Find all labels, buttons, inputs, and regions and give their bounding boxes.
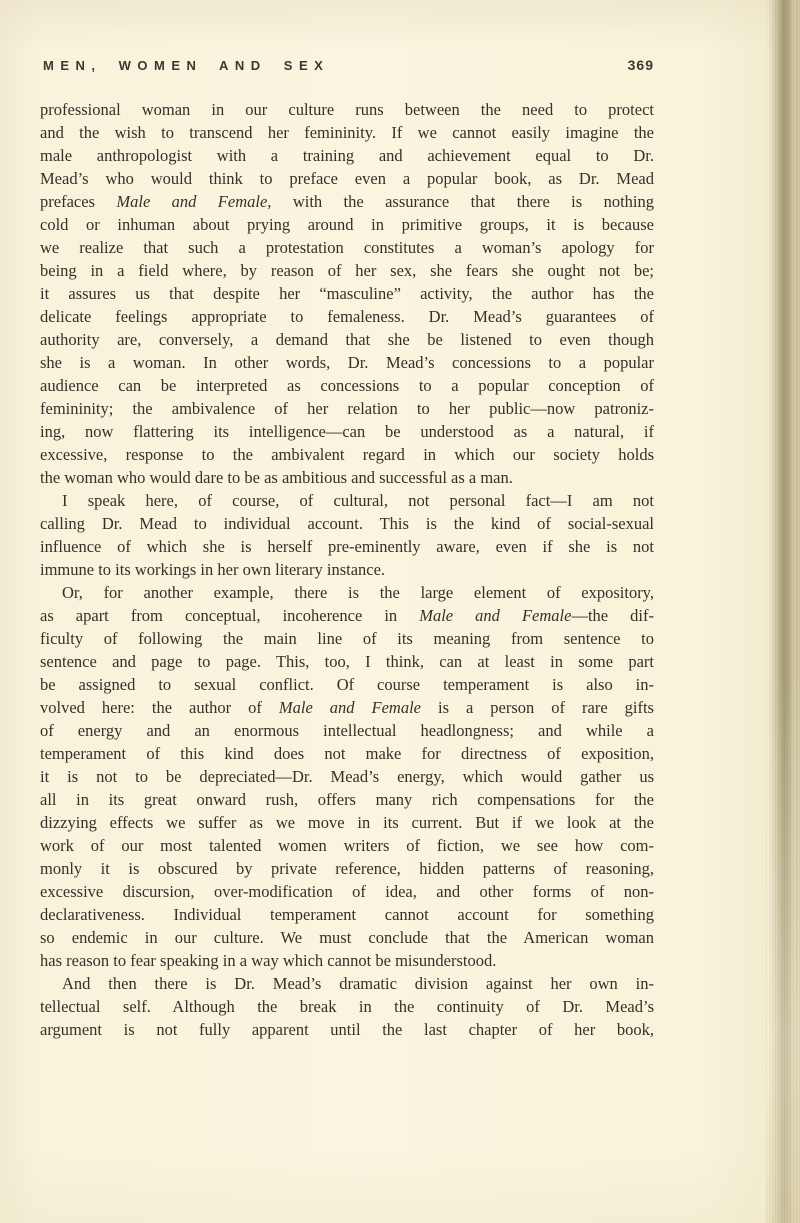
- text-segment: argument is not fully apparent until the…: [40, 1020, 654, 1039]
- text-line: she is a woman. In other words, Dr. Mead…: [40, 351, 654, 374]
- book-title-italic: Male and Female: [419, 606, 571, 625]
- text-line: delicate feelings appropriate to femalen…: [40, 305, 654, 328]
- text-line: excessive, response to the ambivalent re…: [40, 443, 654, 466]
- text-line: I speak here, of course, of cultural, no…: [40, 489, 654, 512]
- text-line: it is not to be depreciated—Dr. Mead’s e…: [40, 765, 654, 788]
- text-line: and the wish to transcend her femininity…: [40, 121, 654, 144]
- text-segment: with the assurance that there is nothing: [271, 192, 654, 211]
- text-line: of energy and an enormous intellectual h…: [40, 719, 654, 742]
- text-segment: it assures us that despite her “masculin…: [40, 284, 654, 303]
- text-segment: has reason to fear speaking in a way whi…: [40, 951, 496, 970]
- text-segment: authority are, conversely, a demand that…: [40, 330, 654, 349]
- text-segment: as apart from conceptual, incoherence in: [40, 606, 419, 625]
- text-line: dizzying effects we suffer as we move in…: [40, 811, 654, 834]
- text-line: sentence and page to page. This, too, I …: [40, 650, 654, 673]
- text-line: calling Dr. Mead to individual account. …: [40, 512, 654, 535]
- text-segment: Or, for another example, there is the la…: [62, 583, 654, 602]
- text-segment: volved here: the author of: [40, 698, 279, 717]
- text-line: audience can be interpreted as concessio…: [40, 374, 654, 397]
- text-line: excessive discursion, over-modification …: [40, 880, 654, 903]
- text-segment: declarativeness. Individual temperament …: [40, 905, 654, 924]
- running-header-title: MEN, WOMEN AND SEX: [43, 58, 329, 73]
- text-line: work of our most talented women writers …: [40, 834, 654, 857]
- text-segment: cold or inhuman about prying around in p…: [40, 215, 654, 234]
- text-line: as apart from conceptual, incoherence in…: [40, 604, 654, 627]
- text-line: Mead’s who would think to preface even a…: [40, 167, 654, 190]
- text-segment: and the wish to transcend her femininity…: [40, 123, 654, 142]
- text-segment: femininity; the ambivalence of her relat…: [40, 399, 654, 418]
- text-line: influence of which she is herself pre-em…: [40, 535, 654, 558]
- text-segment: And then there is Dr. Mead’s dramatic di…: [62, 974, 654, 993]
- text-segment: being in a field where, by reason of her…: [40, 261, 654, 280]
- text-line: Or, for another example, there is the la…: [40, 581, 654, 604]
- text-segment: male anthropologist with a training and …: [40, 146, 654, 165]
- text-segment: I speak here, of course, of cultural, no…: [62, 491, 654, 510]
- text-line: all in its great onward rush, offers man…: [40, 788, 654, 811]
- text-segment: sentence and page to page. This, too, I …: [40, 652, 654, 671]
- text-line: being in a field where, by reason of her…: [40, 259, 654, 282]
- text-line: temperament of this kind does not make f…: [40, 742, 654, 765]
- text-segment: tellectual self. Although the break in t…: [40, 997, 654, 1016]
- text-segment: all in its great onward rush, offers man…: [40, 790, 654, 809]
- text-segment: calling Dr. Mead to individual account. …: [40, 514, 654, 533]
- text-segment: it is not to be depreciated—Dr. Mead’s e…: [40, 767, 654, 786]
- text-segment: delicate feelings appropriate to femalen…: [40, 307, 654, 326]
- text-segment: monly it is obscured by private referenc…: [40, 859, 654, 878]
- text-line: the woman who would dare to be as ambiti…: [40, 466, 654, 489]
- text-line: ficulty of following the main line of it…: [40, 627, 654, 650]
- text-line: immune to its workings in her own litera…: [40, 558, 654, 581]
- text-line: argument is not fully apparent until the…: [40, 1018, 654, 1041]
- text-segment: excessive, response to the ambivalent re…: [40, 445, 654, 464]
- text-segment: ing, now flattering its intelligence—can…: [40, 422, 654, 441]
- text-segment: Mead’s who would think to preface even a…: [40, 169, 654, 188]
- text-segment: ficulty of following the main line of it…: [40, 629, 654, 648]
- text-line: it assures us that despite her “masculin…: [40, 282, 654, 305]
- text-segment: influence of which she is herself pre-em…: [40, 537, 654, 556]
- text-segment: —the dif-: [571, 606, 654, 625]
- text-line: volved here: the author of Male and Fema…: [40, 696, 654, 719]
- text-line: so endemic in our culture. We must concl…: [40, 926, 654, 949]
- text-line: be assigned to sexual conflict. Of cours…: [40, 673, 654, 696]
- text-segment: we realize that such a protestation cons…: [40, 238, 654, 257]
- text-segment: of energy and an enormous intellectual h…: [40, 721, 654, 740]
- text-segment: dizzying effects we suffer as we move in…: [40, 813, 654, 832]
- book-page-edge: [766, 0, 800, 1223]
- text-segment: is a person of rare gifts: [421, 698, 654, 717]
- text-segment: be assigned to sexual conflict. Of cours…: [40, 675, 654, 694]
- text-segment: professional woman in our culture runs b…: [40, 100, 654, 119]
- book-title-italic: Male and Female: [279, 698, 421, 717]
- text-segment: work of our most talented women writers …: [40, 836, 654, 855]
- text-line: male anthropologist with a training and …: [40, 144, 654, 167]
- text-segment: the woman who would dare to be as ambiti…: [40, 468, 513, 487]
- text-line: tellectual self. Although the break in t…: [40, 995, 654, 1018]
- text-line: cold or inhuman about prying around in p…: [40, 213, 654, 236]
- text-segment: excessive discursion, over-modification …: [40, 882, 654, 901]
- text-line: authority are, conversely, a demand that…: [40, 328, 654, 351]
- text-line: has reason to fear speaking in a way whi…: [40, 949, 654, 972]
- text-line: we realize that such a protestation cons…: [40, 236, 654, 259]
- text-segment: audience can be interpreted as concessio…: [40, 376, 654, 395]
- text-line: And then there is Dr. Mead’s dramatic di…: [40, 972, 654, 995]
- page-number: 369: [628, 57, 654, 73]
- text-line: femininity; the ambivalence of her relat…: [40, 397, 654, 420]
- scanned-book-page: MEN, WOMEN AND SEX 369 professional woma…: [0, 0, 800, 1223]
- text-line: ing, now flattering its intelligence—can…: [40, 420, 654, 443]
- text-line: prefaces Male and Female, with the assur…: [40, 190, 654, 213]
- text-segment: immune to its workings in her own litera…: [40, 560, 385, 579]
- text-segment: she is a woman. In other words, Dr. Mead…: [40, 353, 654, 372]
- body-text: professional woman in our culture runs b…: [40, 98, 654, 1041]
- running-header: MEN, WOMEN AND SEX 369: [40, 57, 654, 73]
- text-line: monly it is obscured by private referenc…: [40, 857, 654, 880]
- text-line: professional woman in our culture runs b…: [40, 98, 654, 121]
- text-segment: so endemic in our culture. We must concl…: [40, 928, 654, 947]
- text-segment: temperament of this kind does not make f…: [40, 744, 654, 763]
- text-line: declarativeness. Individual temperament …: [40, 903, 654, 926]
- text-segment: prefaces: [40, 192, 116, 211]
- page-content: MEN, WOMEN AND SEX 369 professional woma…: [40, 0, 654, 1041]
- book-title-italic: Male and Female,: [116, 192, 271, 211]
